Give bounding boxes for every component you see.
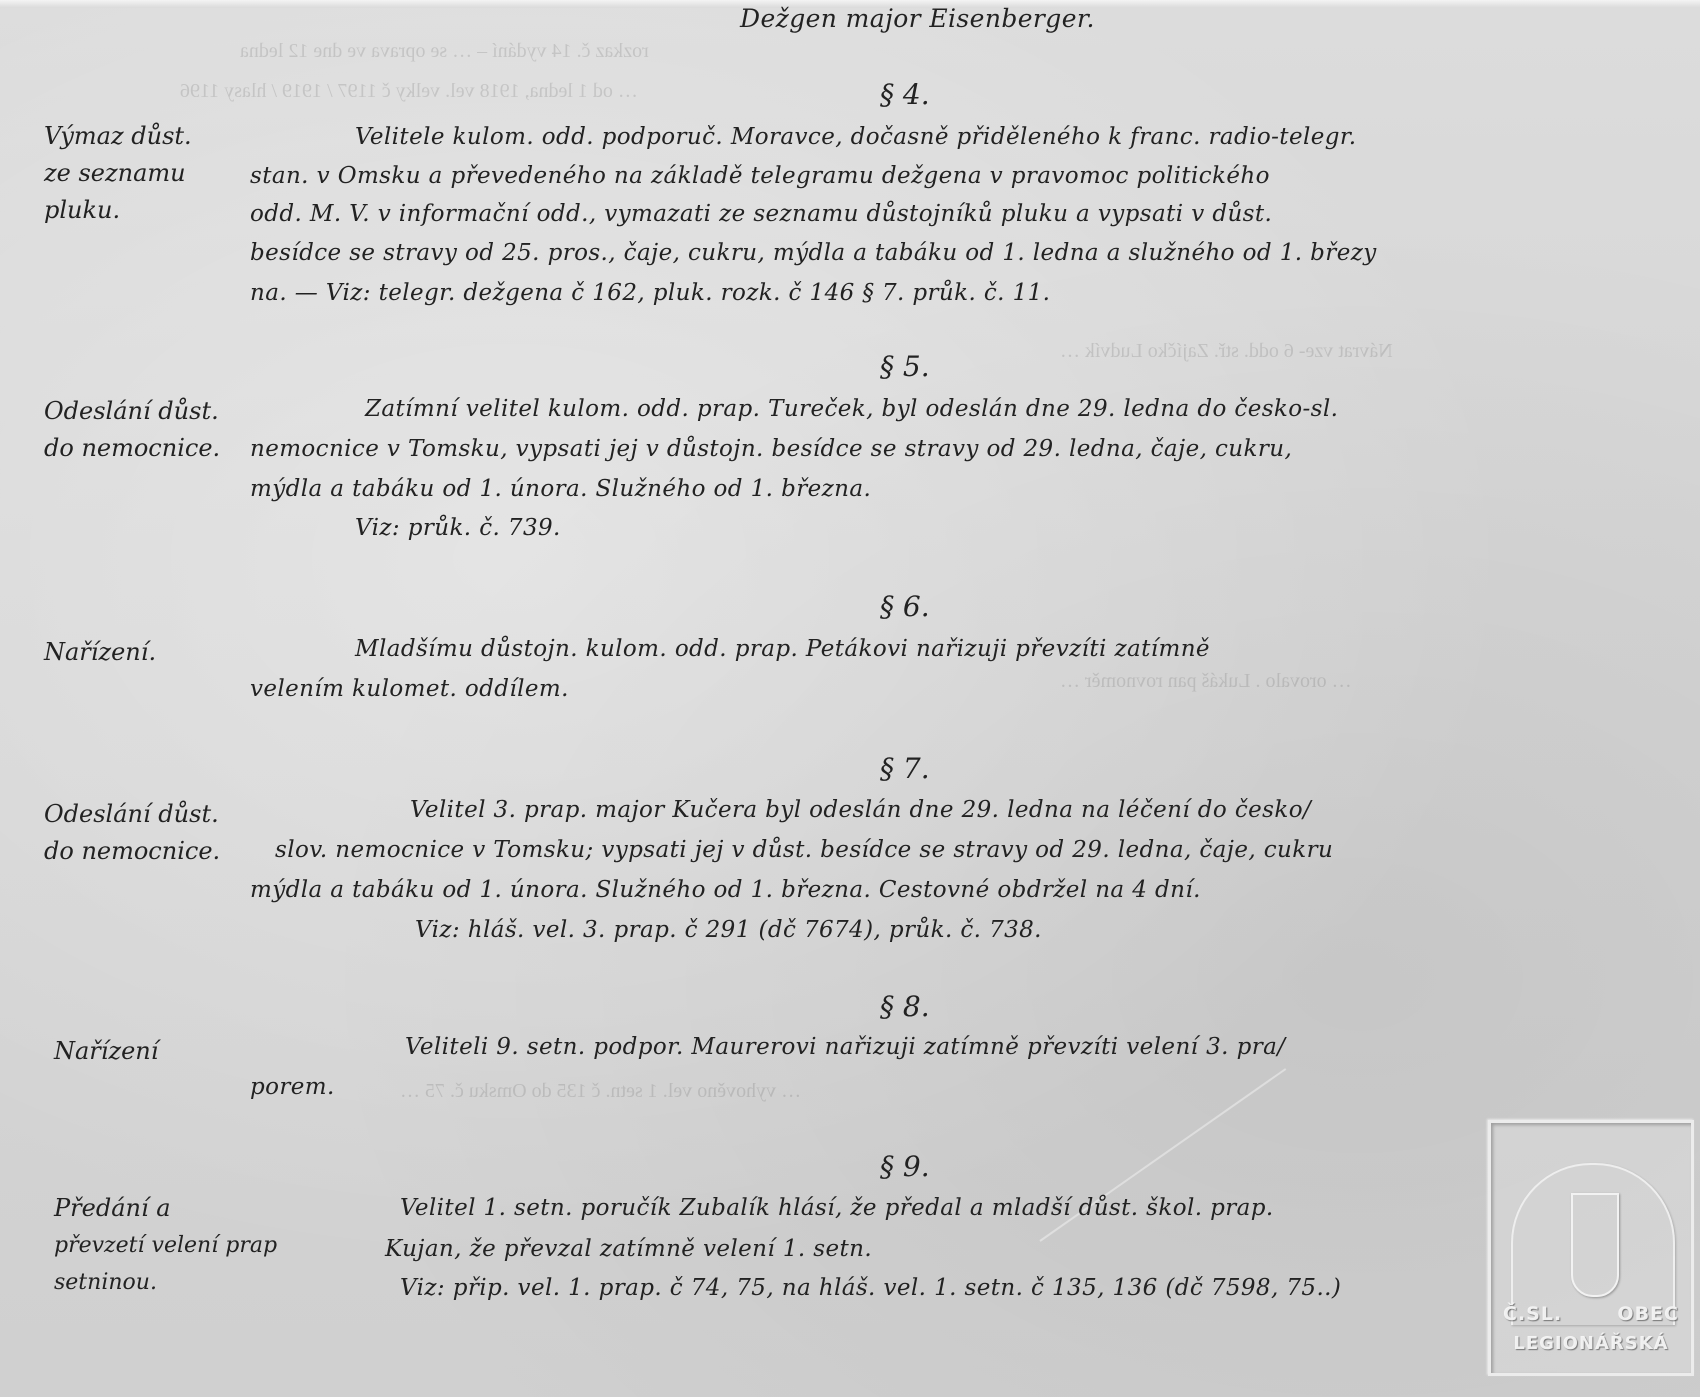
section-7-line-1: Velitel 3. prap. major Kučera byl odeslá… (410, 797, 1311, 823)
margin-note-line: Předání a (54, 1190, 277, 1227)
margin-note-line: pluku. (44, 192, 192, 229)
section-8-line-2: porem. (250, 1074, 335, 1100)
section-8-line-1: Veliteli 9. setn. podpor. Maurerovi naři… (405, 1034, 1285, 1060)
margin-note-line: do nemocnice. (44, 833, 220, 870)
margin-note-7: Odeslání důst. do nemocnice. (44, 796, 220, 870)
section-9-line-1: Velitel 1. setn. poručík Zubalík hlásí, … (400, 1195, 1274, 1221)
section-mark-6: § 6. (880, 590, 930, 623)
section-7-line-4: Viz: hláš. vel. 3. prap. č 291 (dč 7674)… (415, 917, 1042, 943)
legionarska-obec-embossed-stamp: Č.SL. OBEC LEGIONÁŘSKÁ (1488, 1120, 1694, 1376)
margin-note-line: setninou. (54, 1264, 277, 1301)
margin-note-9: Předání a převzetí velení prap setninou. (54, 1190, 277, 1301)
section-4-line-1: Velitele kulom. odd. podporuč. Moravce, … (355, 124, 1356, 150)
section-4-line-3: odd. M. V. v informační odd., vymazati z… (250, 201, 1272, 227)
section-5-line-3: mýdla a tabáku od 1. února. Služného od … (250, 476, 871, 502)
section-9-line-2: Kujan, že převzal zatímně velení 1. setn… (385, 1236, 872, 1262)
bleed-through-text: … orovalo . Lukáš pan rovnoměr … (1060, 670, 1352, 693)
bleed-through-text: … od 1 ledna, 1918 vel. velky č 1197 / 1… (180, 80, 638, 103)
section-mark-7: § 7. (880, 752, 930, 785)
section-4-line-5: na. — Viz: telegr. dežgena č 162, pluk. … (250, 280, 1050, 306)
section-mark-4: § 4. (880, 78, 930, 111)
stamp-text-right: OBEC (1617, 1303, 1679, 1325)
section-mark-8: § 8. (880, 990, 930, 1023)
margin-note-line: ze seznamu (44, 155, 192, 192)
margin-note-6: Nařízení. (44, 634, 156, 671)
stamp-text-line-2: LEGIONÁŘSKÁ (1491, 1333, 1691, 1354)
margin-note-8: Nařízení (54, 1033, 158, 1070)
section-9-line-3: Viz: přip. vel. 1. prap. č 74, 75, na hl… (400, 1275, 1341, 1301)
bleed-through-text: rozkaz č. 14 vydání – … se oprava ve dne… (240, 40, 649, 63)
section-5-line-1: Zatímní velitel kulom. odd. prap. Tureče… (365, 396, 1338, 422)
section-5-line-4: Viz: průk. č. 739. (355, 515, 561, 541)
section-mark-5: § 5. (880, 350, 930, 383)
section-7-line-3: mýdla a tabáku od 1. února. Služného od … (250, 877, 1201, 903)
margin-note-line: Odeslání důst. (44, 393, 220, 430)
section-5-line-2: nemocnice v Tomsku, vypsati jej v důstoj… (250, 436, 1292, 462)
section-4-line-2: stan. v Omsku a převedeného na základě t… (250, 163, 1270, 189)
margin-note-line: Nařízení (54, 1033, 158, 1070)
signature-line: Dežgen major Eisenberger. (740, 4, 1095, 33)
stamp-text-line-1: Č.SL. OBEC (1491, 1303, 1691, 1325)
margin-note-line: Nařízení. (44, 634, 156, 671)
section-7-line-2: slov. nemocnice v Tomsku; vypsati jej v … (275, 837, 1333, 863)
margin-note-line: do nemocnice. (44, 430, 220, 467)
section-6-line-1: Mladšímu důstojn. kulom. odd. prap. Petá… (355, 636, 1210, 662)
margin-note-line: převzetí velení prap (54, 1227, 277, 1264)
section-6-line-2: velením kulomet. oddílem. (250, 676, 569, 702)
bleed-through-text: Návrat vze- 6 odd. stř. Zajíčko Ludvík … (1060, 340, 1393, 363)
margin-note-4: Výmaz důst. ze seznamu pluku. (44, 118, 192, 229)
section-mark-9: § 9. (880, 1150, 930, 1183)
stamp-text-left: Č.SL. (1503, 1303, 1562, 1325)
margin-note-5: Odeslání důst. do nemocnice. (44, 393, 220, 467)
section-4-line-4: besídce se stravy od 25. pros., čaje, cu… (250, 240, 1377, 266)
coat-of-arms-icon (1571, 1193, 1619, 1297)
margin-note-line: Odeslání důst. (44, 796, 220, 833)
margin-note-line: Výmaz důst. (44, 118, 192, 155)
bleed-through-text: … vyhověno vel. 1 setn. č 135 do Omsku č… (400, 1080, 801, 1103)
